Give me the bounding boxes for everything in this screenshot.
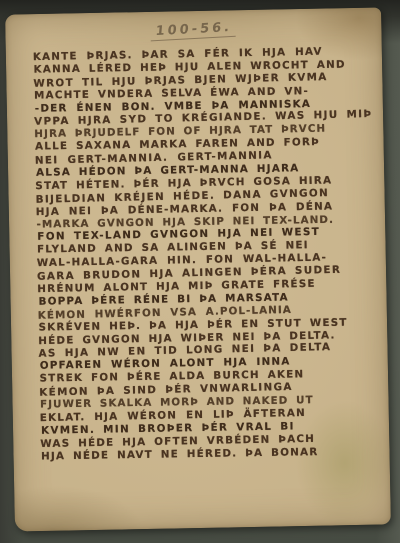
photo-background: 100-56. KANTE ÞRJAS. ÞAR SA FÉR IK HJA H… bbox=[0, 0, 400, 543]
page-number: 100-56. bbox=[151, 20, 237, 42]
manuscript-text: KANTE ÞRJAS. ÞAR SA FÉR IK HJA HAVKANNA … bbox=[33, 45, 380, 464]
manuscript-page: 100-56. KANTE ÞRJAS. ÞAR SA FÉR IK HJA H… bbox=[5, 7, 391, 531]
